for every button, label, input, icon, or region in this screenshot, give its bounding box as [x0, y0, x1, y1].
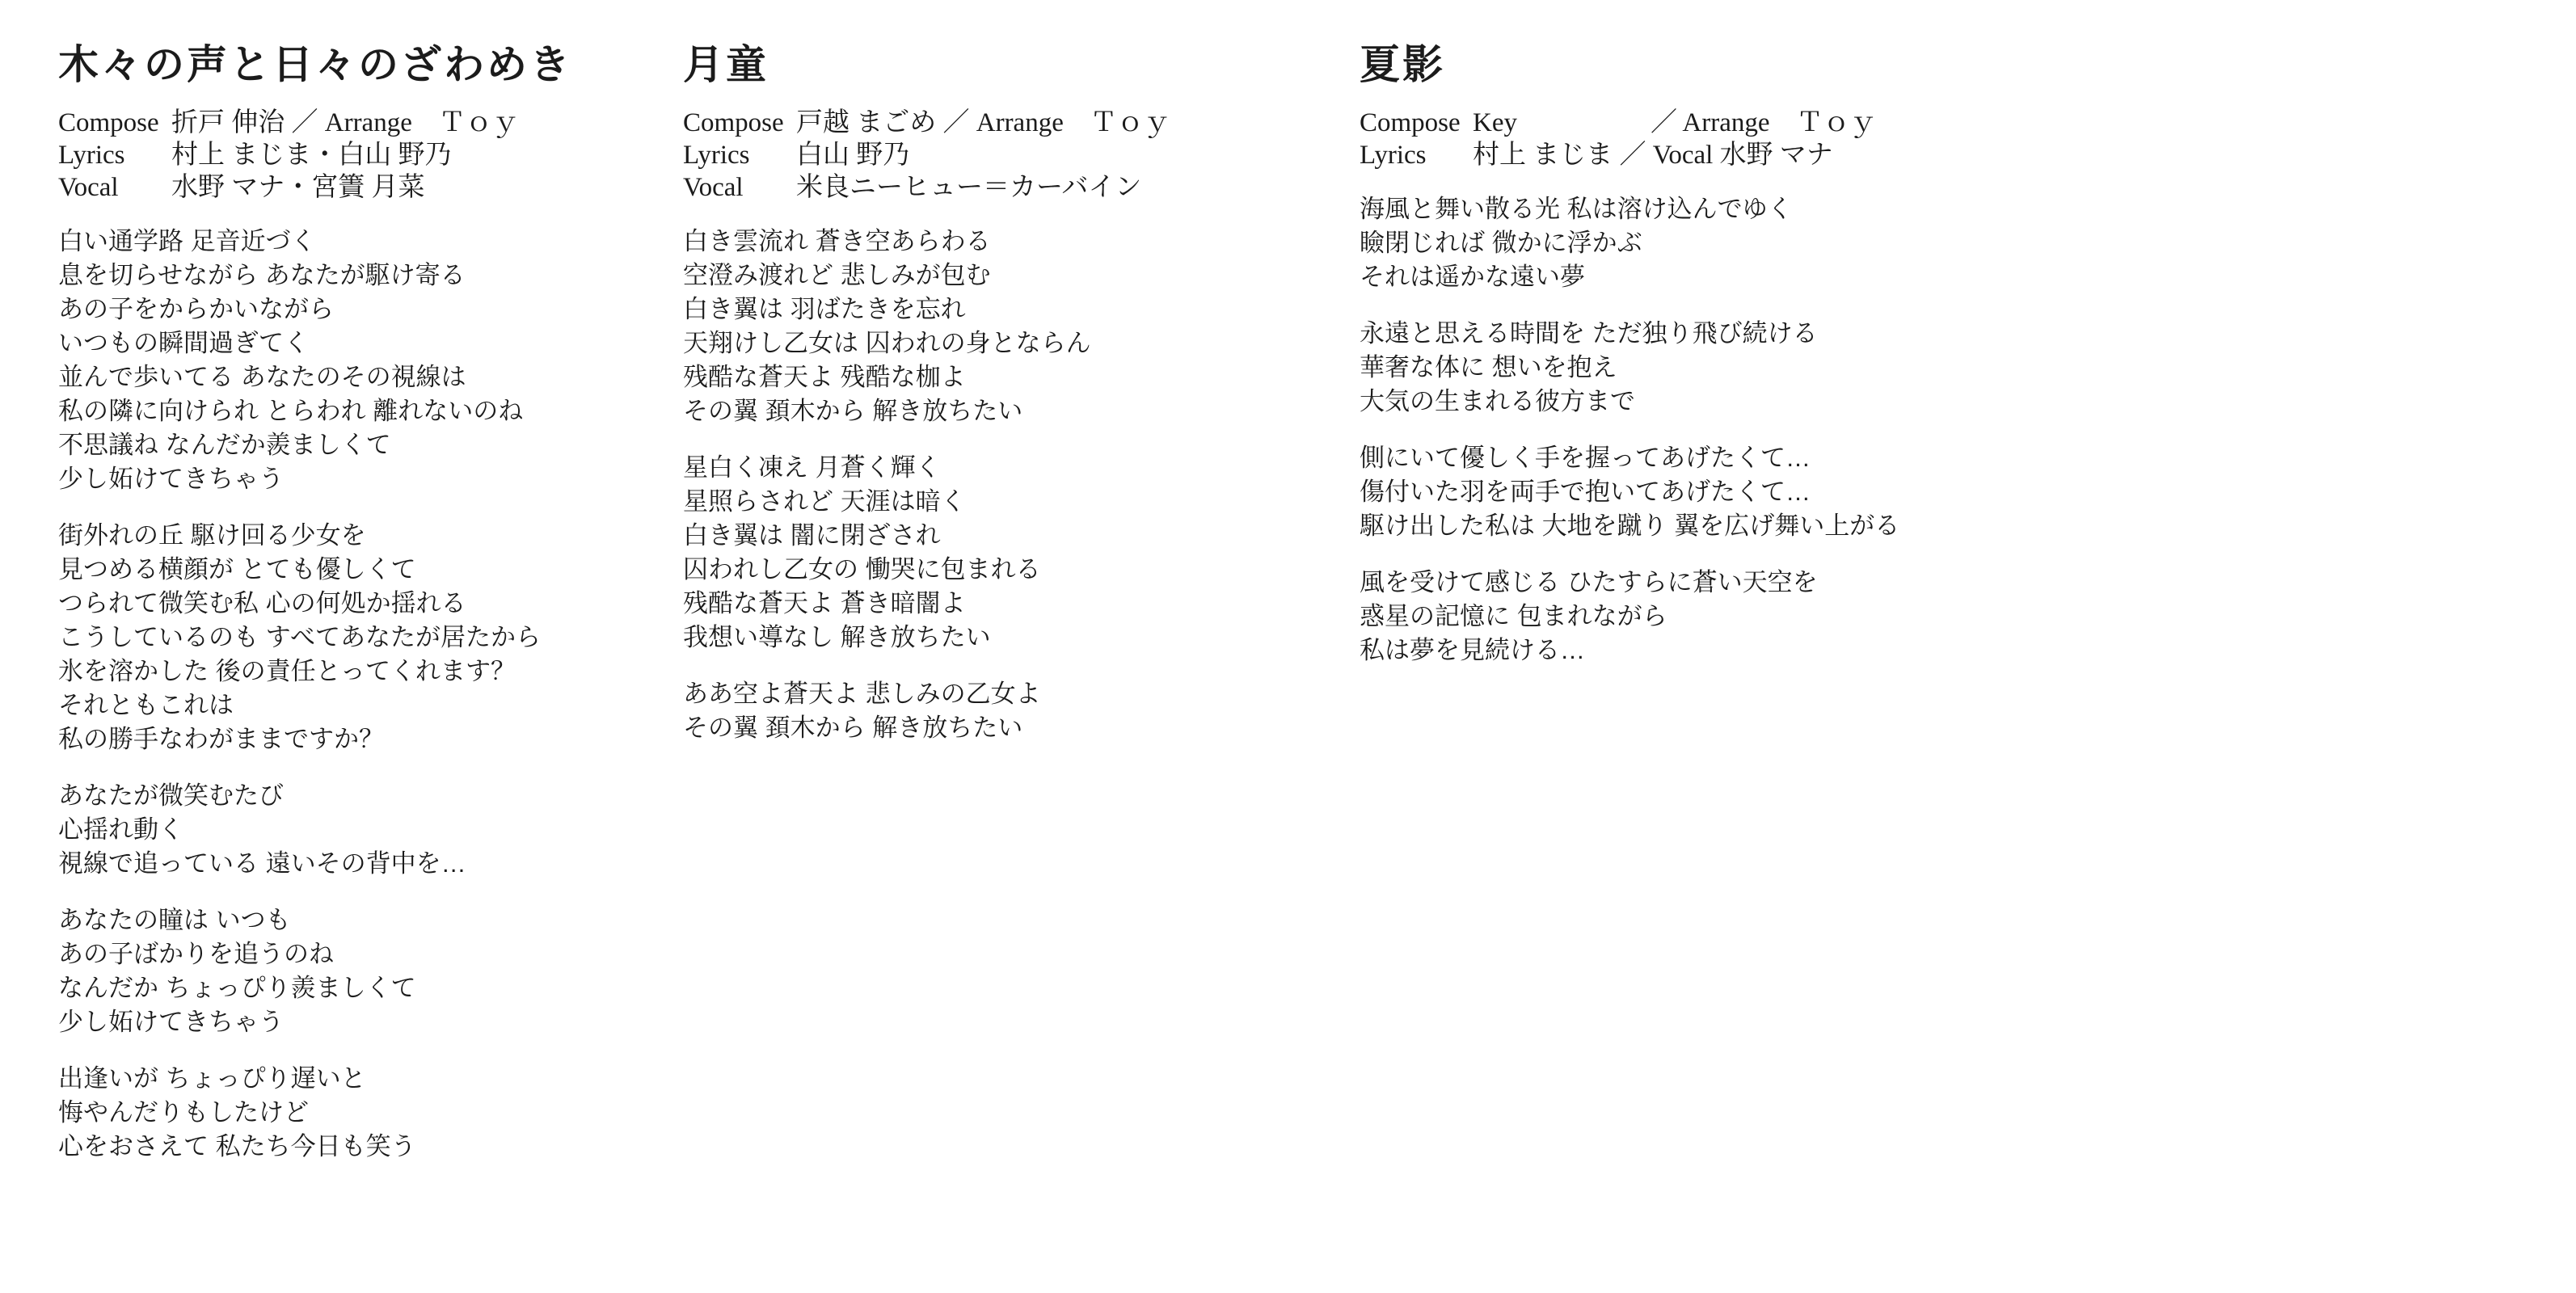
- credit-row: Lyrics村上 まじま ／ Vocal 水野 マナ: [1360, 139, 2208, 171]
- lyrics-page: 木々の声と日々のざわめきCompose折戸 伸治 ／ Arrange ＴｏｙLy…: [0, 0, 2576, 1293]
- verse: 出逢いが ちょっぴり遅いと悔やんだりもしたけど心をおさえて 私たち今日も笑う: [58, 1062, 656, 1164]
- lyric-line: 傷付いた羽を両手で抱いてあげたくて…: [1360, 475, 2208, 509]
- lyric-line: 白き翼は 闇に閉ざされ: [683, 519, 1313, 553]
- credit-value: 米良ニーヒュー＝カーバイン: [796, 171, 1313, 204]
- song-column-1: 木々の声と日々のざわめきCompose折戸 伸治 ／ Arrange ＴｏｙLy…: [58, 32, 656, 1164]
- credit-label: Compose: [58, 107, 171, 139]
- song-lyrics: 白き雲流れ 蒼き空あらわる空澄み渡れど 悲しみが包む白き翼は 羽ばたきを忘れ天翔…: [683, 225, 1313, 745]
- lyric-line: その翼 頚木から 解き放ちたい: [683, 711, 1313, 745]
- lyric-line: あなたが微笑むたび: [58, 779, 656, 813]
- lyric-line: 駆け出した私は 大地を蹴り 翼を広げ舞い上がる: [1360, 509, 2208, 543]
- lyric-line: なんだか ちょっぴり羨ましくて: [58, 971, 656, 1005]
- song-credits: Compose戸越 まごめ ／ Arrange ＴｏｙLyrics白山 野乃Vo…: [683, 107, 1313, 204]
- lyric-line: 少し妬けてきちゃう: [58, 462, 656, 496]
- lyric-line: 囚われし乙女の 慟哭に包まれる: [683, 553, 1313, 587]
- credit-value: 水野 マナ・宮簀 月菜: [171, 171, 656, 204]
- credit-row: Lyrics白山 野乃: [683, 139, 1313, 171]
- credit-value: 戸越 まごめ ／ Arrange Ｔｏｙ: [796, 107, 1313, 139]
- credit-label: Lyrics: [683, 139, 796, 171]
- credit-row: Compose折戸 伸治 ／ Arrange Ｔｏｙ: [58, 107, 656, 139]
- lyric-line: それともこれは: [58, 689, 656, 722]
- verse: 側にいて優しく手を握ってあげたくて…傷付いた羽を両手で抱いてあげたくて…駆け出し…: [1360, 441, 2208, 543]
- lyric-line: 白い通学路 足音近づく: [58, 225, 656, 259]
- song-lyrics: 白い通学路 足音近づく息を切らせながら あなたが駆け寄るあの子をからかいながらい…: [58, 225, 656, 1164]
- song-credits: ComposeKey ／ Arrange ＴｏｙLyrics村上 まじま ／ V…: [1360, 107, 2208, 171]
- lyric-line: 白き翼は 羽ばたきを忘れ: [683, 293, 1313, 326]
- lyric-line: 海風と舞い散る光 私は溶け込んでゆく: [1360, 192, 2208, 226]
- lyric-line: 残酷な蒼天よ 蒼き暗闇よ: [683, 587, 1313, 621]
- song-credits: Compose折戸 伸治 ／ Arrange ＴｏｙLyrics村上 まじま・白…: [58, 107, 656, 204]
- lyric-line: 少し妬けてきちゃう: [58, 1005, 656, 1039]
- credit-value: 村上 まじま ／ Vocal 水野 マナ: [1473, 139, 2208, 171]
- verse: 星白く凍え 月蒼く輝く星照らされど 天涯は暗く白き翼は 闇に閉ざされ囚われし乙女…: [683, 451, 1313, 655]
- lyric-line: 白き雲流れ 蒼き空あらわる: [683, 225, 1313, 259]
- song-column-2: 月童Compose戸越 まごめ ／ Arrange ＴｏｙLyrics白山 野乃…: [683, 32, 1313, 745]
- lyric-line: 側にいて優しく手を握ってあげたくて…: [1360, 441, 2208, 475]
- lyric-line: 心揺れ動く: [58, 813, 656, 847]
- credit-value: Key ／ Arrange Ｔｏｙ: [1473, 107, 2208, 139]
- verse: 白い通学路 足音近づく息を切らせながら あなたが駆け寄るあの子をからかいながらい…: [58, 225, 656, 496]
- credit-label: Compose: [683, 107, 796, 139]
- lyric-line: 並んで歩いてる あなたのその視線は: [58, 360, 656, 394]
- lyric-line: 我想い導なし 解き放ちたい: [683, 621, 1313, 655]
- verse: 海風と舞い散る光 私は溶け込んでゆく瞼閉じれば 微かに浮かぶそれは遥かな遠い夢: [1360, 192, 2208, 294]
- credit-row: Compose戸越 まごめ ／ Arrange Ｔｏｙ: [683, 107, 1313, 139]
- lyric-line: 空澄み渡れど 悲しみが包む: [683, 259, 1313, 293]
- song-title: 夏影: [1360, 32, 2208, 91]
- credit-row: Lyrics村上 まじま・白山 野乃: [58, 139, 656, 171]
- credit-row: ComposeKey ／ Arrange Ｔｏｙ: [1360, 107, 2208, 139]
- song-column-3: 夏影ComposeKey ／ Arrange ＴｏｙLyrics村上 まじま ／…: [1360, 32, 2208, 668]
- lyric-line: 悔やんだりもしたけど: [58, 1096, 656, 1130]
- verse: ああ空よ蒼天よ 悲しみの乙女よその翼 頚木から 解き放ちたい: [683, 677, 1313, 745]
- lyric-line: 私は夢を見続ける…: [1360, 634, 2208, 668]
- lyric-line: 残酷な蒼天よ 残酷な枷よ: [683, 360, 1313, 394]
- lyric-line: 心をおさえて 私たち今日も笑う: [58, 1130, 656, 1164]
- lyric-line: あの子ばかりを追うのね: [58, 937, 656, 971]
- lyric-line: つられて微笑む私 心の何処か揺れる: [58, 587, 656, 621]
- lyric-line: 出逢いが ちょっぴり遅いと: [58, 1062, 656, 1096]
- song-title: 木々の声と日々のざわめき: [58, 32, 656, 91]
- lyric-line: 永遠と思える時間を ただ独り飛び続ける: [1360, 317, 2208, 351]
- credit-value: 折戸 伸治 ／ Arrange Ｔｏｙ: [171, 107, 656, 139]
- lyric-line: 大気の生まれる彼方まで: [1360, 385, 2208, 419]
- lyric-line: 街外れの丘 駆け回る少女を: [58, 519, 656, 553]
- verse: 風を受けて感じる ひたすらに蒼い天空を惑星の記憶に 包まれながら私は夢を見続ける…: [1360, 566, 2208, 668]
- lyric-line: いつもの瞬間過ぎてく: [58, 326, 656, 360]
- verse: 街外れの丘 駆け回る少女を見つめる横顔が とても優しくてつられて微笑む私 心の何…: [58, 519, 656, 756]
- lyric-line: あなたの瞳は いつも: [58, 903, 656, 937]
- credit-value: 白山 野乃: [796, 139, 1313, 171]
- lyric-line: その翼 頚木から 解き放ちたい: [683, 394, 1313, 428]
- lyric-line: 星照らされど 天涯は暗く: [683, 485, 1313, 519]
- verse: あなたの瞳は いつもあの子ばかりを追うのねなんだか ちょっぴり羨ましくて少し妬け…: [58, 903, 656, 1039]
- lyric-line: 天翔けし乙女は 囚われの身とならん: [683, 326, 1313, 360]
- song-lyrics: 海風と舞い散る光 私は溶け込んでゆく瞼閉じれば 微かに浮かぶそれは遥かな遠い夢永…: [1360, 192, 2208, 668]
- verse: あなたが微笑むたび心揺れ動く視線で追っている 遠いその背中を…: [58, 779, 656, 881]
- lyric-line: 氷を溶かした 後の責任とってくれます？: [58, 655, 656, 689]
- lyric-line: 見つめる横顔が とても優しくて: [58, 553, 656, 587]
- song-title: 月童: [683, 32, 1313, 91]
- lyric-line: 私の隣に向けられ とらわれ 離れないのね: [58, 394, 656, 428]
- lyric-line: 惑星の記憶に 包まれながら: [1360, 600, 2208, 634]
- credit-label: Lyrics: [58, 139, 171, 171]
- credit-label: Compose: [1360, 107, 1473, 139]
- lyric-line: 不思議ね なんだか羨ましくて: [58, 428, 656, 462]
- credit-value: 村上 まじま・白山 野乃: [171, 139, 656, 171]
- lyric-line: 視線で追っている 遠いその背中を…: [58, 847, 656, 881]
- lyric-line: 瞼閉じれば 微かに浮かぶ: [1360, 226, 2208, 260]
- lyric-line: それは遥かな遠い夢: [1360, 260, 2208, 294]
- lyric-line: ああ空よ蒼天よ 悲しみの乙女よ: [683, 677, 1313, 711]
- lyric-line: 風を受けて感じる ひたすらに蒼い天空を: [1360, 566, 2208, 600]
- lyric-line: あの子をからかいながら: [58, 293, 656, 326]
- lyric-line: 華奢な体に 想いを抱え: [1360, 351, 2208, 385]
- lyric-line: 息を切らせながら あなたが駆け寄る: [58, 259, 656, 293]
- credit-row: Vocal米良ニーヒュー＝カーバイン: [683, 171, 1313, 204]
- lyric-line: こうしているのも すべてあなたが居たから: [58, 621, 656, 655]
- credit-label: Vocal: [58, 171, 171, 204]
- credit-row: Vocal水野 マナ・宮簀 月菜: [58, 171, 656, 204]
- verse: 永遠と思える時間を ただ独り飛び続ける華奢な体に 想いを抱え大気の生まれる彼方ま…: [1360, 317, 2208, 419]
- verse: 白き雲流れ 蒼き空あらわる空澄み渡れど 悲しみが包む白き翼は 羽ばたきを忘れ天翔…: [683, 225, 1313, 428]
- credit-label: Vocal: [683, 171, 796, 204]
- lyric-line: 私の勝手なわがままですか？: [58, 722, 656, 756]
- lyric-line: 星白く凍え 月蒼く輝く: [683, 451, 1313, 485]
- credit-label: Lyrics: [1360, 139, 1473, 171]
